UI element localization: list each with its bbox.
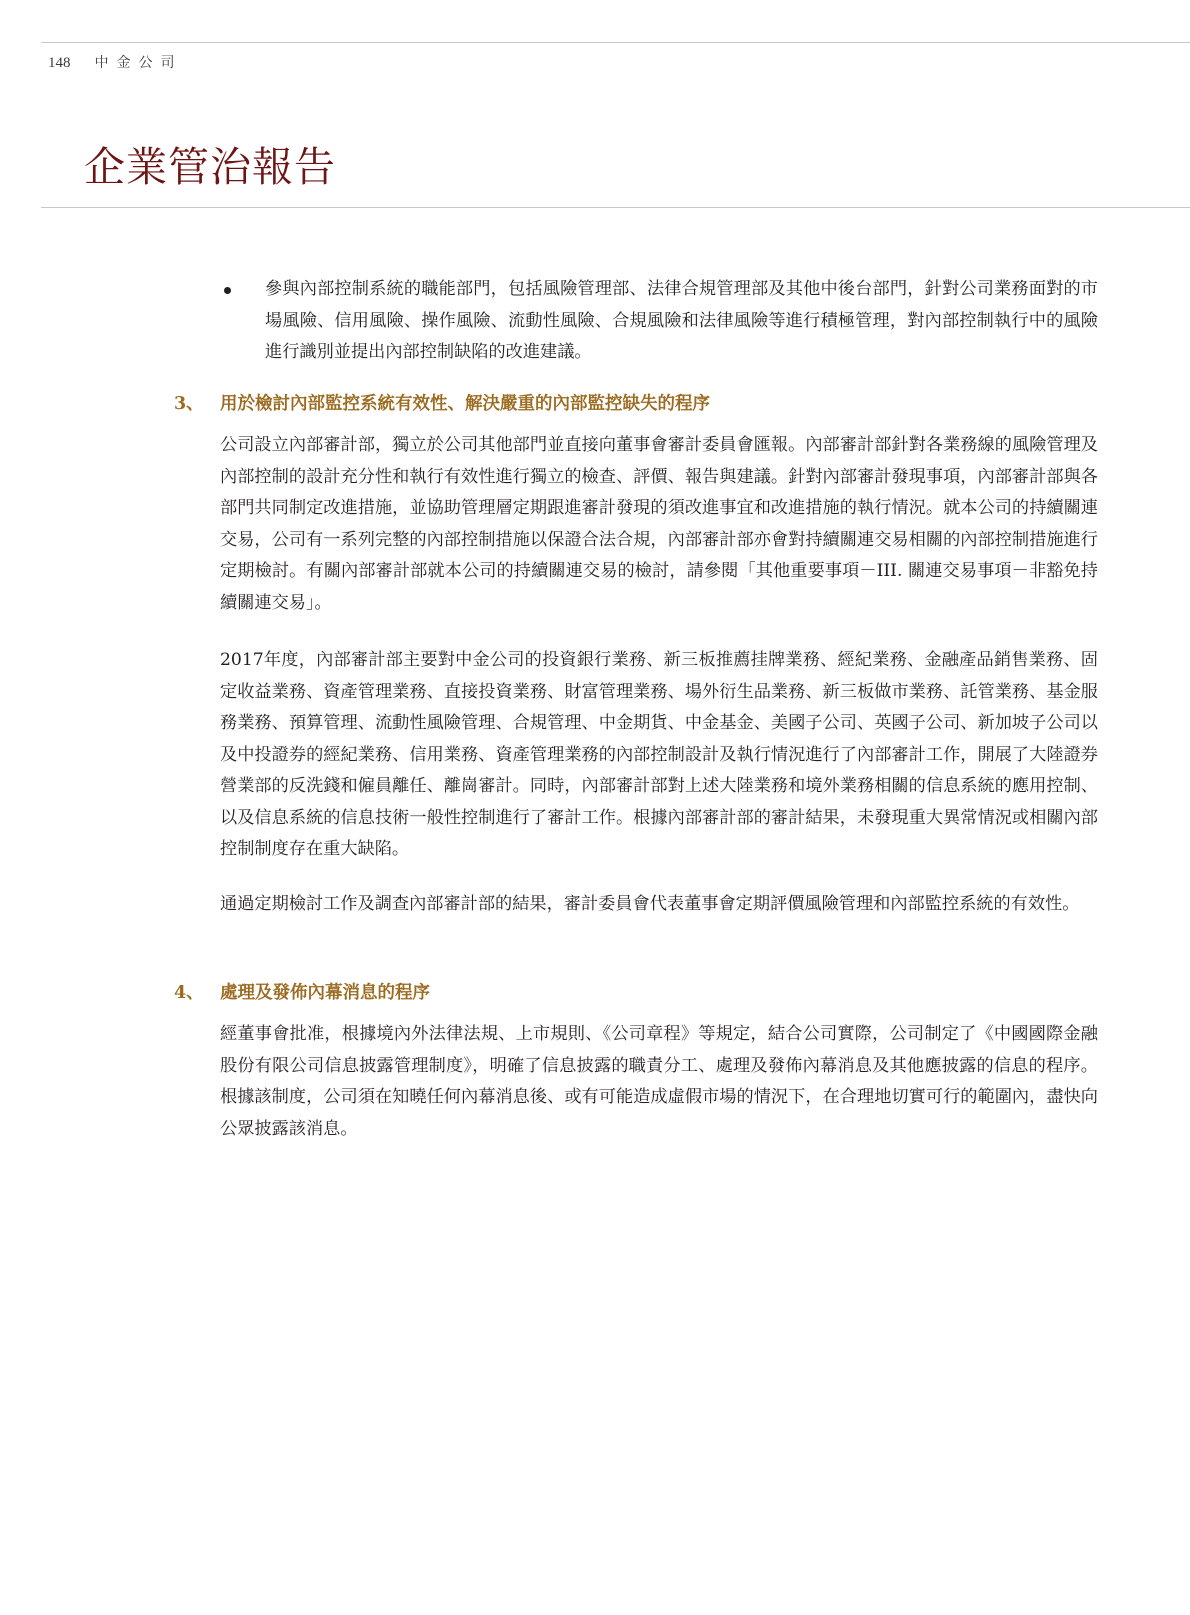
section-heading-3: 3、 用於檢討內部監控系統有效性、解決嚴重的內部監控缺失的程序 <box>174 392 710 416</box>
section-title: 用於檢討內部監控系統有效性、解決嚴重的內部監控缺失的程序 <box>220 392 710 416</box>
bullet-text: 參與內部控制系統的職能部門，包括風險管理部、法律合規管理部及其他中後台部門，針對… <box>265 274 1098 369</box>
page-number: 148 <box>48 55 71 72</box>
title-rule <box>41 207 1190 208</box>
paragraph: 2017年度，內部審計部主要對中金公司的投資銀行業務、新三板推薦挂牌業務、經紀業… <box>220 645 1098 866</box>
paragraph: 經董事會批准，根據境內外法律法規、上市規則、《公司章程》等規定，結合公司實際，公… <box>220 1019 1098 1145</box>
section-heading-4: 4、 處理及發佈內幕消息的程序 <box>174 981 430 1005</box>
header-rule <box>41 42 1190 43</box>
bullet-icon <box>224 287 231 294</box>
section-number: 3、 <box>174 392 220 416</box>
section-number: 4、 <box>174 981 220 1005</box>
company-name: 中金公司 <box>95 52 183 72</box>
paragraph: 公司設立內部審計部，獨立於公司其他部門並直接向董事會審計委員會匯報。內部審計部針… <box>220 430 1098 619</box>
running-header: 148 中金公司 <box>48 52 183 72</box>
page-title: 企業管治報告 <box>84 143 336 192</box>
paragraph: 通過定期檢討工作及調查內部審計部的結果，審計委員會代表董事會定期評價風險管理和內… <box>220 889 1098 921</box>
section-title: 處理及發佈內幕消息的程序 <box>220 981 430 1005</box>
